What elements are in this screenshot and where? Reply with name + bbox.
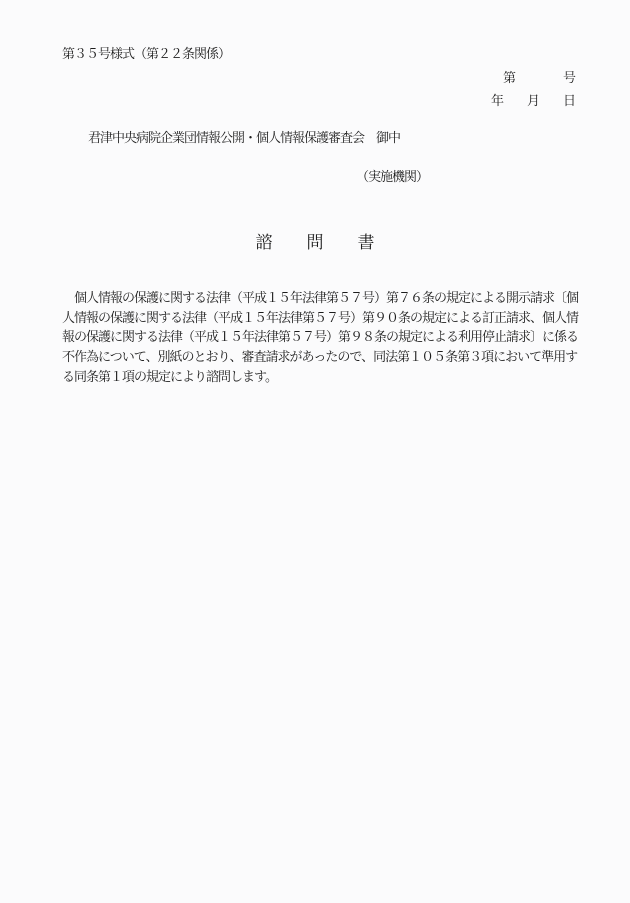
body-line: 人情報の保護に関する法律（平成１５年法律第５７号）第９０条の規定による訂正請求、… xyxy=(62,308,578,328)
document-title: 諮 問 書 xyxy=(0,233,630,253)
addressee-line: 君津中央病院企業団情報公開・個人情報保護審査会 御中 xyxy=(88,131,400,145)
implementing-agency-label: （実施機関） xyxy=(356,170,428,184)
body-line: 報の保護に関する法律（平成１５年法律第５７号）第９８条の規定による利用停止請求〕… xyxy=(62,327,578,347)
form-number: 第３５号様式（第２２条関係） xyxy=(62,47,230,61)
body-line: 不作為について、別紙のとおり、審査請求があったので、同法第１０５条第３項において… xyxy=(62,347,578,367)
document-number-line: 第 号 xyxy=(0,71,575,85)
body-paragraph: 個人情報の保護に関する法律（平成１５年法律第５７号）第７６条の規定による開示請求… xyxy=(62,288,578,387)
body-line: る同条第１項の規定により諮問します。 xyxy=(62,367,578,387)
body-line: 個人情報の保護に関する法律（平成１５年法律第５７号）第７６条の規定による開示請求… xyxy=(62,288,578,308)
date-line: 年 月 日 xyxy=(0,94,575,108)
document-page: 第３５号様式（第２２条関係） 第 号 年 月 日 君津中央病院企業団情報公開・個… xyxy=(0,0,630,903)
